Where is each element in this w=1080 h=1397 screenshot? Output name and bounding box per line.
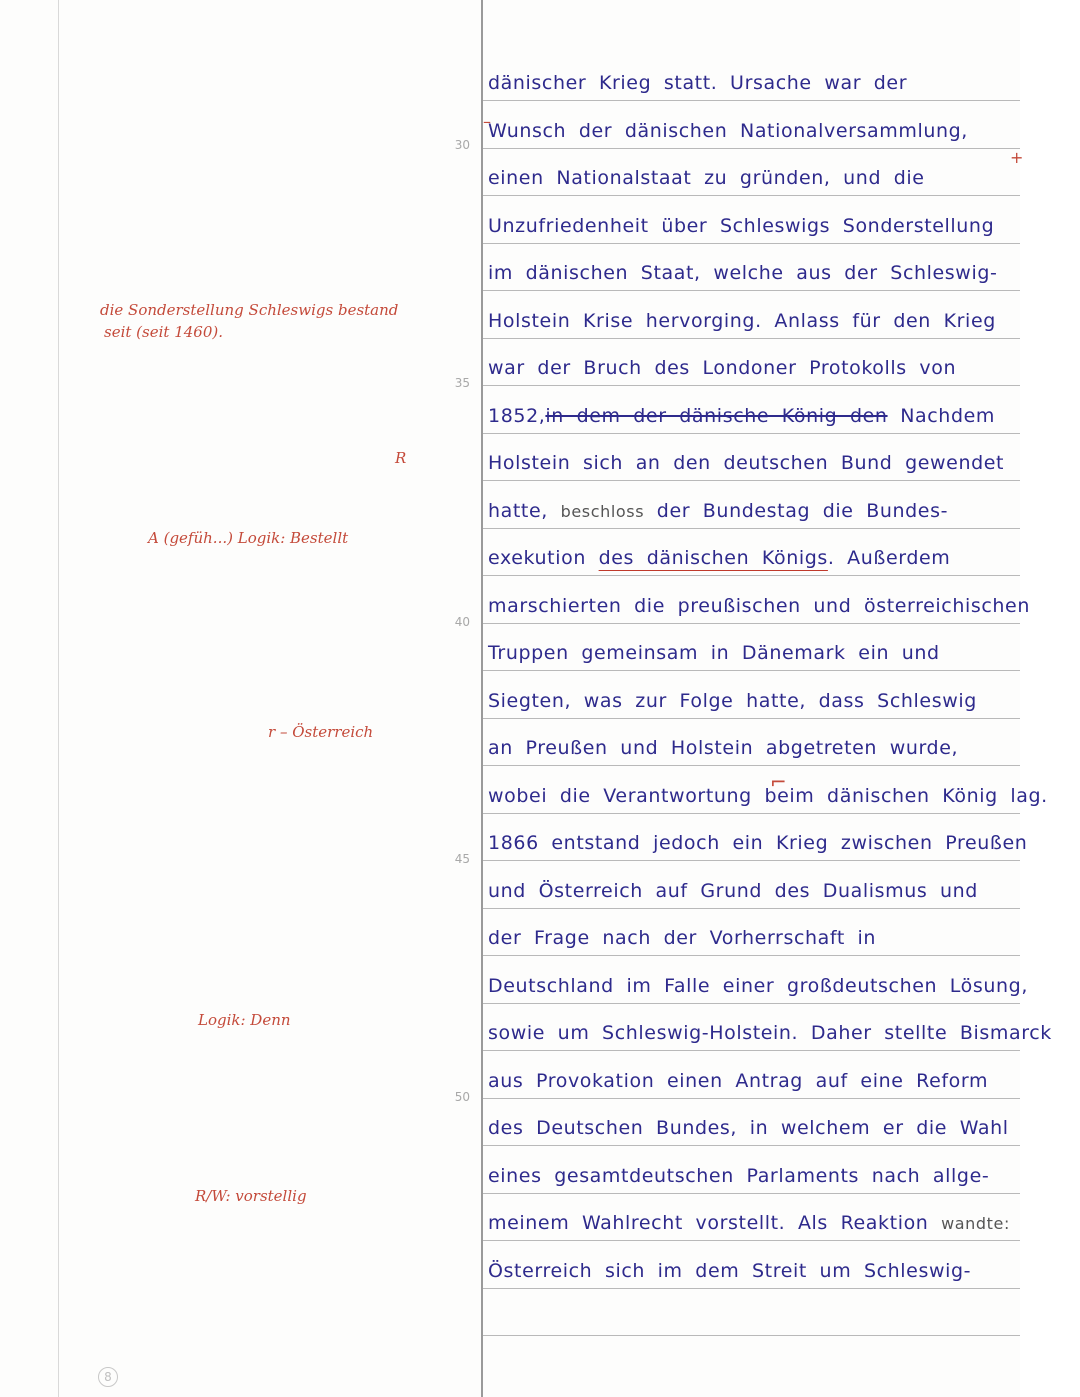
text-line: Österreich sich im dem Streit um Schlesw… <box>488 1260 1018 1294</box>
line-number: 35 <box>440 376 470 390</box>
line-text: Wunsch der dänischen Nationalversammlung… <box>488 120 968 142</box>
text-line: meinem Wahlrecht vorstellt. Als Reaktion… <box>488 1212 1018 1246</box>
text-line: Wunsch der dänischen Nationalversammlung… <box>488 120 1018 154</box>
line-number: 40 <box>440 615 470 629</box>
line-text: . Außerdem <box>828 547 951 569</box>
text-line: aus Provokation einen Antrag auf eine Re… <box>488 1070 1018 1104</box>
line-text: der Bundestag die Bundes- <box>644 500 948 522</box>
line-text: 1852, <box>488 405 545 427</box>
text-line: einen Nationalstaat zu gründen, und die <box>488 167 1018 201</box>
line-text: wobei die Verantwortung beim dänischen K… <box>488 785 1048 807</box>
page-right-edge <box>1020 0 1080 1397</box>
underlined-text: des dänischen Königs <box>599 547 828 569</box>
text-line: Unzufriedenheit über Schleswigs Sonderst… <box>488 215 1018 249</box>
line-text: war der Bruch des Londoner Protokolls vo… <box>488 357 956 379</box>
text-line: war der Bruch des Londoner Protokolls vo… <box>488 357 1018 391</box>
text-line: Deutschland im Falle einer großdeutschen… <box>488 975 1018 1009</box>
line-text: meinem Wahlrecht vorstellt. Als Reaktion <box>488 1212 941 1234</box>
ruled-line <box>483 1335 1020 1336</box>
line-number: 50 <box>440 1090 470 1104</box>
text-line: wobei die Verantwortung beim dänischen K… <box>488 785 1018 819</box>
text-line: Holstein sich an den deutschen Bund gewe… <box>488 452 1018 486</box>
pencil-text: beschloss <box>561 502 645 521</box>
line-text: Österreich sich im dem Streit um Schlesw… <box>488 1260 971 1282</box>
text-line: an Preußen und Holstein abgetreten wurde… <box>488 737 1018 771</box>
struck-text: in dem der dänische König den <box>545 405 887 427</box>
line-text: im dänischen Staat, welche aus der Schle… <box>488 262 997 284</box>
margin-annotation: R/W: vorstellig <box>195 1186 307 1206</box>
line-text: einen Nationalstaat zu gründen, und die <box>488 167 925 189</box>
line-text: Unzufriedenheit über Schleswigs Sonderst… <box>488 215 994 237</box>
margin-annotation: A (gefüh...) Logik: Bestellt <box>148 528 348 548</box>
text-line: 1866 entstand jedoch ein Krieg zwischen … <box>488 832 1018 866</box>
line-text: Nachdem <box>888 405 995 427</box>
margin-line <box>481 0 483 1397</box>
line-text: und Österreich auf Grund des Dualismus u… <box>488 880 978 902</box>
line-text: an Preußen und Holstein abgetreten wurde… <box>488 737 958 759</box>
line-text: aus Provokation einen Antrag auf eine Re… <box>488 1070 988 1092</box>
correction-mark: ⌐ <box>770 770 787 794</box>
line-text: der Frage nach der Vorherrschaft in <box>488 927 876 949</box>
line-text: Truppen gemeinsam in Dänemark ein und <box>488 642 940 664</box>
line-text: exekution <box>488 547 599 569</box>
line-text: Deutschland im Falle einer großdeutschen… <box>488 975 1028 997</box>
text-line: Truppen gemeinsam in Dänemark ein und <box>488 642 1018 676</box>
text-line: eines gesamtdeutschen Parlaments nach al… <box>488 1165 1018 1199</box>
text-line: hatte, beschloss der Bundestag die Bunde… <box>488 500 1018 534</box>
text-line: sowie um Schleswig-Holstein. Daher stell… <box>488 1022 1018 1056</box>
text-line: des Deutschen Bundes, in welchem er die … <box>488 1117 1018 1151</box>
line-text: des Deutschen Bundes, in welchem er die … <box>488 1117 1009 1139</box>
line-text: 1866 entstand jedoch ein Krieg zwischen … <box>488 832 1027 854</box>
line-text: Holstein sich an den deutschen Bund gewe… <box>488 452 1004 474</box>
line-text: hatte, <box>488 500 561 522</box>
text-line: und Österreich auf Grund des Dualismus u… <box>488 880 1018 914</box>
line-text: Holstein Krise hervorging. Anlass für de… <box>488 310 996 332</box>
correction-mark: – <box>483 112 491 131</box>
line-text: marschierten die preußischen und österre… <box>488 595 1030 617</box>
line-number: 30 <box>440 138 470 152</box>
page-number-circle: 8 <box>98 1367 118 1387</box>
line-number: 45 <box>440 852 470 866</box>
margin-annotation: Logik: Denn <box>198 1010 291 1030</box>
line-text: dänischer Krieg statt. Ursache war der <box>488 72 907 94</box>
text-line: Holstein Krise hervorging. Anlass für de… <box>488 310 1018 344</box>
line-text: sowie um Schleswig-Holstein. Daher stell… <box>488 1022 1052 1044</box>
correction-mark: + <box>1010 148 1023 167</box>
margin-annotation: r – Österreich <box>268 722 373 742</box>
text-line: marschierten die preußischen und österre… <box>488 595 1018 629</box>
pencil-text: wandte: <box>941 1214 1010 1233</box>
page-left-edge <box>58 0 59 1397</box>
notebook-page: dänischer Krieg statt. Ursache war derWu… <box>0 0 1080 1397</box>
text-line: im dänischen Staat, welche aus der Schle… <box>488 262 1018 296</box>
text-line: dänischer Krieg statt. Ursache war der <box>488 72 1018 106</box>
margin-annotation: seit (seit 1460). <box>104 322 223 342</box>
line-text: Siegten, was zur Folge hatte, dass Schle… <box>488 690 977 712</box>
text-line: 1852,in dem der dänische König den Nachd… <box>488 405 1018 439</box>
text-line: der Frage nach der Vorherrschaft in <box>488 927 1018 961</box>
margin-annotation: die Sonderstellung Schleswigs bestand <box>100 300 398 320</box>
text-line: Siegten, was zur Folge hatte, dass Schle… <box>488 690 1018 724</box>
margin-annotation: R <box>395 448 406 468</box>
text-line: exekution des dänischen Königs. Außerdem <box>488 547 1018 581</box>
line-text: eines gesamtdeutschen Parlaments nach al… <box>488 1165 989 1187</box>
